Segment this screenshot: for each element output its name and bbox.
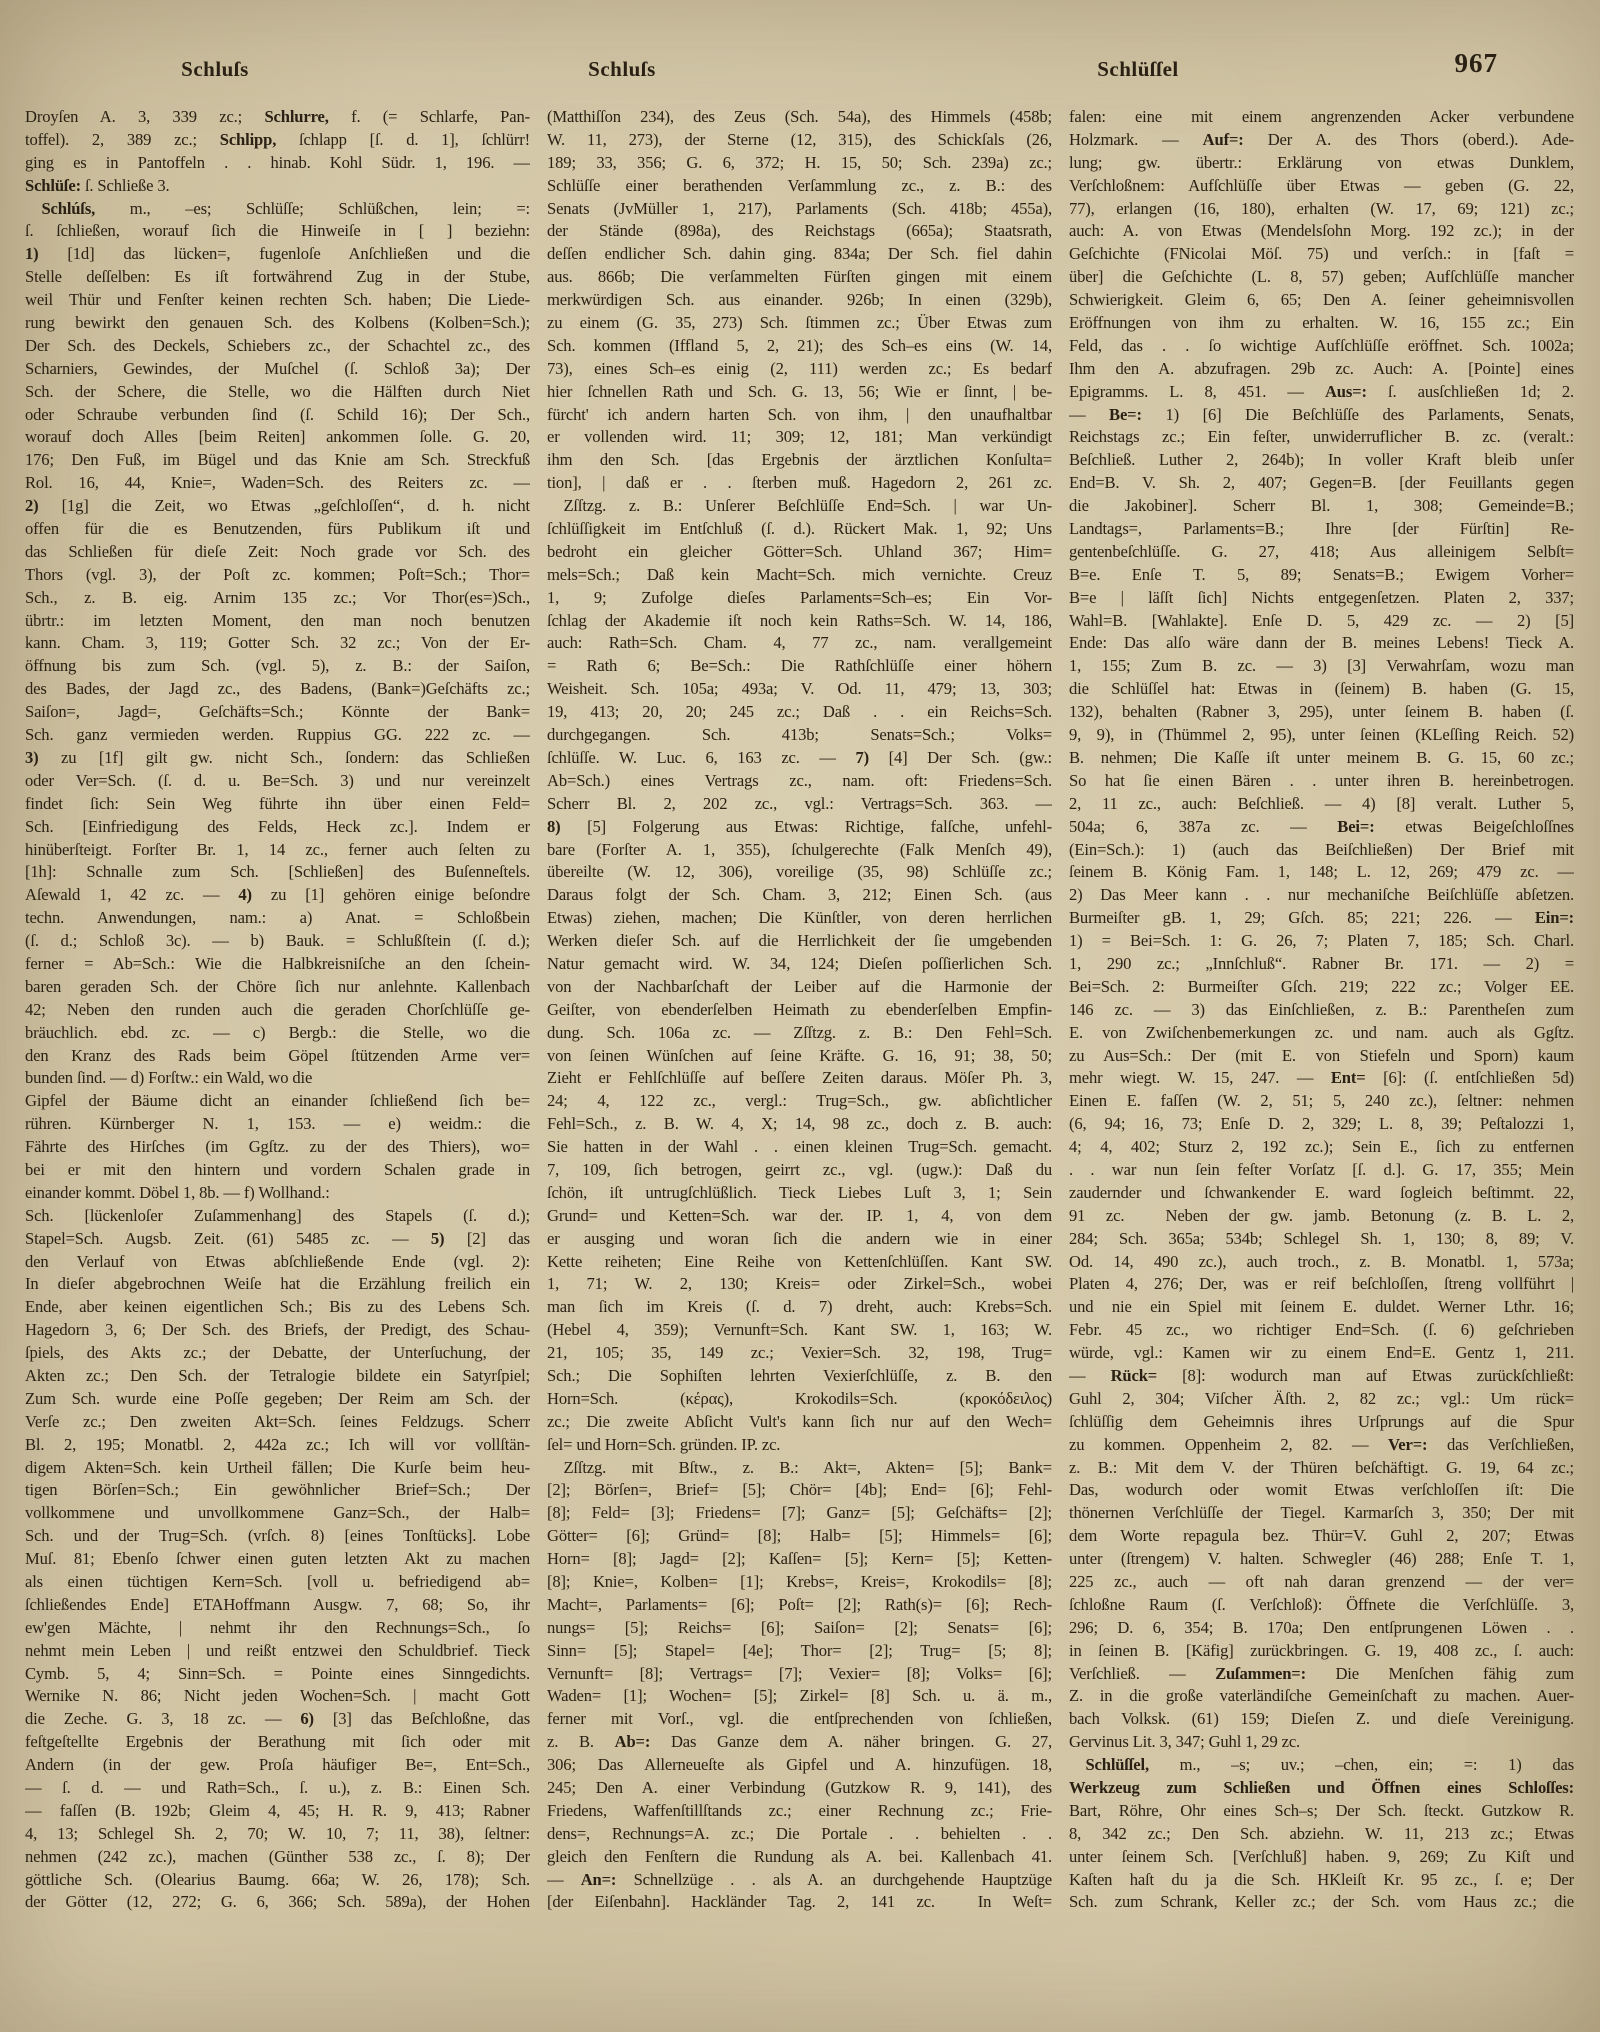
page-number: 967 xyxy=(1455,48,1499,79)
text-line: Epigramms. L. 8, 451. — Aus=: ſ. ausſchl… xyxy=(1069,381,1574,404)
text-line: rung bewirkt den genauen Sch. des Kolben… xyxy=(25,312,530,335)
text-line: Landtags=, Parlaments=B.; Ihre [der Fürſ… xyxy=(1069,518,1574,541)
text-line: zu Aus=Sch.: Der (mit E. von Stiefeln un… xyxy=(1069,1045,1574,1068)
text-line: thönernen Verſchlüſſe der Tiegel. Karmar… xyxy=(1069,1502,1574,1525)
text-line: nehmt mein Leben | und reißt entzwei den… xyxy=(25,1640,530,1663)
text-line: Ab=Sch.) eines Vertrags zc., nam. oft: F… xyxy=(547,770,1052,793)
text-line: Gipfel der Bäume dicht an einander ſchli… xyxy=(25,1090,530,1113)
dictionary-page: Schluſs Schluſs Schlüſſel 967 Droyſen A.… xyxy=(0,0,1600,2032)
text-line: End=B. V. Sh. 2, 407; Gegen=B. [der Feui… xyxy=(1069,472,1574,495)
text-line: Grund= und Ketten=Sch. war der. IP. 1, 4… xyxy=(547,1205,1052,1228)
text-line: weil Thür und Fenſter keinen rechten Sch… xyxy=(25,289,530,312)
text-line: göttliche Sch. (Olearius Baumg. 66a; W. … xyxy=(25,1869,530,1892)
column-1: Droyſen A. 3, 339 zc.; Schlurre, f. (= S… xyxy=(25,106,530,1914)
text-line: Muſ. 81; Ebenſo ſchwer einen guten letzt… xyxy=(25,1548,530,1571)
text-line: digem Akten=Sch. kein Urtheil fällen; Di… xyxy=(25,1457,530,1480)
text-line: Daraus folgt der Sch. Cham. 3, 212; Eine… xyxy=(547,884,1052,907)
text-line: vollkommene und unvollkommene Ganz=Sch.,… xyxy=(25,1502,530,1525)
text-line: Etwas) ziehen, machen; Die Künſtler, von… xyxy=(547,907,1052,930)
text-line: Cymb. 5, 4; Sinn=Sch. = Pointe eines Sin… xyxy=(25,1663,530,1686)
text-line: mels=Sch.; Daß kein Macht=Sch. mich vern… xyxy=(547,564,1052,587)
text-line: [1h]: Schnalle zum Sch. [Schließen] des … xyxy=(25,861,530,884)
text-line: Rol. 16, 44, Knie=, Waden=Sch. des Reite… xyxy=(25,472,530,495)
text-line: 1, 290 zc.; „Innſchluß“. Rabner Br. 171.… xyxy=(1069,953,1574,976)
text-line: zu kommen. Oppenheim 2, 82. — Ver=: das … xyxy=(1069,1434,1574,1457)
text-line: über] die Geſchichte (L. 8, 57) geben; A… xyxy=(1069,266,1574,289)
text-line: ſchlüſſigkeit im Entſchluß (ſ. d.). Rück… xyxy=(547,518,1052,541)
text-line: mehr wiegt. W. 15, 247. — Ent= [6]: (ſ. … xyxy=(1069,1067,1574,1090)
running-head-right: Schlüſſel xyxy=(1097,54,1179,84)
text-line: Droyſen A. 3, 339 zc.; Schlurre, f. (= S… xyxy=(25,106,530,129)
text-line: techn. Anwendungen, nam.: a) Anat. = Sch… xyxy=(25,907,530,930)
text-line: ew'gen Mächte, | nehmt ihr den Rechnungs… xyxy=(25,1617,530,1640)
text-line: rühren. Kürnberger N. 1, 153. — e) weidm… xyxy=(25,1113,530,1136)
text-line: ſchlag der Akademie iſt noch kein Raths=… xyxy=(547,610,1052,633)
text-line: Wernike N. 86; Nicht jeden Wochen=Sch. |… xyxy=(25,1685,530,1708)
text-line: Sch. [Einfriedigung des Felds, Heck zc.]… xyxy=(25,816,530,839)
text-line: ſel= und Horn=Sch. gründen. IP. zc. xyxy=(547,1434,1052,1457)
text-line: = Rath 6; Be=Sch.: Die Rathſchlüſſe eine… xyxy=(547,655,1052,678)
text-line: Bl. 2, 195; Monatbl. 2, 442a zc.; Ich wi… xyxy=(25,1434,530,1457)
text-line: 24; 4, 122 zc., vergl.: Trug=Sch., gw. a… xyxy=(547,1090,1052,1113)
text-line: Verſchloßnem: Aufſchlüſſe über Etwas — g… xyxy=(1069,175,1574,198)
text-line: Sch. und der Trug=Sch. (vrſch. 8) [eines… xyxy=(25,1525,530,1548)
text-line: worauf doch Alles [beim Reiten] ankommen… xyxy=(25,426,530,449)
text-line: Scherr Bl. 2, 202 zc., vgl.: Vertrags=Sc… xyxy=(547,793,1052,816)
text-line: bedroht ein gleicher Götter=Sch. Uhland … xyxy=(547,541,1052,564)
text-line: des Bades, der Jagd zc., des Badens, (Ba… xyxy=(25,678,530,701)
text-line: Friedens, Waffenſtillſtands zc.; einer R… xyxy=(547,1800,1052,1823)
text-line: von der Nachbarſchaft der Leiber auf die… xyxy=(547,976,1052,999)
text-line: Senats (JvMüller 1, 217), Parlaments (Sc… xyxy=(547,198,1052,221)
text-line: . . war nun ſein feſter Vorſatz [ſ. d.].… xyxy=(1069,1159,1574,1182)
running-head-center: Schluſs xyxy=(588,54,656,84)
text-line: (6, 94; 16, 73; Enſe D. 2, 329; L. 8, 39… xyxy=(1069,1113,1574,1136)
text-line: man ſich im Kreis (ſ. d. 7) dreht, auch:… xyxy=(547,1296,1052,1319)
text-line: ſchlüſſig dem Geheimnis ihres Urſprungs … xyxy=(1069,1411,1574,1434)
text-line: In dieſer abgebrochnen Weiſe hat die Erz… xyxy=(25,1273,530,1296)
text-line: 245; Den A. einer Verbindung (Gutzkow R.… xyxy=(547,1777,1052,1800)
text-line: Feld, das . . ſo wichtige Aufſchlüſſe er… xyxy=(1069,335,1574,358)
running-head-left: Schluſs xyxy=(181,54,249,84)
text-line: Kaſten haſt du ja die Sch. HKleiſt Kr. 9… xyxy=(1069,1869,1574,1892)
text-line: Kette reiheten; Eine Reihe von Kettenſch… xyxy=(547,1251,1052,1274)
text-line: Sch. kommen (Iffland 5, 2, 21); des Sch–… xyxy=(547,335,1052,358)
text-columns: Droyſen A. 3, 339 zc.; Schlurre, f. (= S… xyxy=(25,106,1574,1936)
text-line: 225 zc., auch — oft nah daran grenzend —… xyxy=(1069,1571,1574,1594)
text-line: unter ſeinem Sch. [Verſchluß] haben. 9, … xyxy=(1069,1846,1574,1869)
text-line: Horn= [8]; Jagd= [2]; Kaſſen= [5]; Kern=… xyxy=(547,1548,1052,1571)
text-line: Waden= [1]; Wochen= [5]; Zirkel= [8] Sch… xyxy=(547,1685,1052,1708)
text-line: 91 zc. Neben der gw. jamb. Betonung (z. … xyxy=(1069,1205,1574,1228)
text-line: ferner = Ab=Sch.: Wie die Halbkreisniſch… xyxy=(25,953,530,976)
text-line: 1, 9; Zufolge dieſes Parlaments=Sch–es; … xyxy=(547,587,1052,610)
text-line: Gervinus Lit. 3, 347; Guhl 1, 29 zc. xyxy=(1069,1731,1574,1754)
text-line: Sinn= [5]; Stapel= [4e]; Thor= [2]; Trug… xyxy=(547,1640,1052,1663)
text-line: Sch. der Schere, die Stelle, wo die Hälf… xyxy=(25,381,530,404)
text-line: Burmeiſter gB. 1, 29; Gſch. 85; 221; 226… xyxy=(1069,907,1574,930)
text-line: 306; Das Allerneueſte als Gipfel und A. … xyxy=(547,1754,1052,1777)
text-line: auch: A. von Etwas (Mendelsſohn Morg. 19… xyxy=(1069,220,1574,243)
text-line: Geiſter, von ebenderſelben Heimath zu eb… xyxy=(547,999,1052,1022)
text-line: [der Eiſenbahn]. Hackländer Tag. 2, 141 … xyxy=(547,1891,1052,1914)
text-line: dung. Sch. 106a zc. — Zſſtzg. z. B.: Den… xyxy=(547,1022,1052,1045)
text-line: Ihm den A. abzufragen. 29b zc. Auch: A. … xyxy=(1069,358,1574,381)
text-line: Sch. ganz vermieden werden. Ruppius GG. … xyxy=(25,724,530,747)
text-line: der Stände (898a), des Reichstags (665a)… xyxy=(547,220,1052,243)
text-line: von ſeinen Wünſchen auf ſeine Kräfte. G.… xyxy=(547,1045,1052,1068)
text-line: 77), erlangen (16, 180), erhalten (W. 17… xyxy=(1069,198,1574,221)
text-line: 504a; 6, 387a zc. — Bei=: etwas Beigeſch… xyxy=(1069,816,1574,839)
text-line: durchgegangen. Sch. 413b; Senats=Sch.; V… xyxy=(547,724,1052,747)
text-line: ſchön, iſt untrugſchlüßlich. Tieck Liebe… xyxy=(547,1182,1052,1205)
text-line: tigen Börſen=Sch.; Ein gewöhnlicher Brie… xyxy=(25,1479,530,1502)
text-line: die Schlüſſel hat: Etwas in (ſeinem) B. … xyxy=(1069,678,1574,701)
text-line: ihm den Sch. [das Ergebnis der ärztliche… xyxy=(547,449,1052,472)
text-line: aus. 866b; Die verſammelten Fürſten ging… xyxy=(547,266,1052,289)
text-line: Schlüſſe einer berathenden Verſammlung z… xyxy=(547,175,1052,198)
text-line: — Be=: 1) [6] Die Beſchlüſſe des Parlame… xyxy=(1069,404,1574,427)
text-line: — ſ. d. — und Rath=Sch., ſ. u.), z. B.: … xyxy=(25,1777,530,1800)
text-line: 19, 413; 20, 20; 245 zc.; Daß . . ein Re… xyxy=(547,701,1052,724)
text-line: W. 11, 273), der Sterne (12, 315), des S… xyxy=(547,129,1052,152)
text-line: er ausging und woran ſich die andern wie… xyxy=(547,1228,1052,1251)
text-line: ſpiels, des Akts zc.; der Debatte, der U… xyxy=(25,1342,530,1365)
text-line: den Kranz des Rads beim Göpel ſtützenden… xyxy=(25,1045,530,1068)
text-line: ſchließendes Ende] ETAHoffmann Ausgw. 7,… xyxy=(25,1594,530,1617)
text-line: dens=, Rechnungs=A. zc.; Die Portale . .… xyxy=(547,1823,1052,1846)
text-line: So hat ſie einen Bären . . unter ihren B… xyxy=(1069,770,1574,793)
text-line: (Hebel 4, 359); Vernunft=Sch. Kant SW. 1… xyxy=(547,1319,1052,1342)
text-line: z. B.: Mit dem V. der Thüren beſchäftigt… xyxy=(1069,1457,1574,1480)
text-line: das Schließen für dieſe Zeit: Noch grade… xyxy=(25,541,530,564)
text-line: 1, 155; Zum B. zc. — 3) [3] Verwahrſam, … xyxy=(1069,655,1574,678)
text-line: 4, 13; Schlegel Sh. 2, 70; W. 10, 7; 11,… xyxy=(25,1823,530,1846)
text-line: 2) Das Meer kann . . nur mechaniſche Bei… xyxy=(1069,884,1574,907)
text-line: Eröffnungen von ihm zu erhalten. W. 16, … xyxy=(1069,312,1574,335)
text-line: feſtgeſtellte Ergebnis der Berathung mit… xyxy=(25,1731,530,1754)
text-line: Beſchließ. Luther 2, 264b); In voller Kr… xyxy=(1069,449,1574,472)
text-line: öffnung bis zum Sch. (vgl. 5), z. B.: de… xyxy=(25,655,530,678)
text-line: 8, 342 zc.; Den Sch. abziehn. W. 11, 213… xyxy=(1069,1823,1574,1846)
text-line: zu einem (G. 35, 273) Sch. ſtimmen zc.; … xyxy=(547,312,1052,335)
text-line: bei er mit den hintern und vordern Schal… xyxy=(25,1159,530,1182)
text-line: deſſen endlicher Sch. dahin ging. 834a; … xyxy=(547,243,1052,266)
text-line: baren geraden Sch. der Chöre ſich nur an… xyxy=(25,976,530,999)
text-line: Fehl=Sch., z. B. W. 4, X; 14, 98 zc., do… xyxy=(547,1113,1052,1136)
text-line: 4; 4, 402; Sturz 2, 192 zc.); Sein E., ſ… xyxy=(1069,1136,1574,1159)
text-line: dem Worte repagula bez. Thür=V. Guhl 2, … xyxy=(1069,1525,1574,1548)
text-line: ging es in Pantoffeln . . hinab. Kohl Sü… xyxy=(25,152,530,175)
text-line: Bei=Sch. 2: Burmeiſter Gſch. 219; 222 zc… xyxy=(1069,976,1574,999)
text-line: 2, 11 zc., auch: Beſchließ. — 4) [8] ver… xyxy=(1069,793,1574,816)
text-line: Thors (vgl. 3), der Poſt zc. kommen; Poſ… xyxy=(25,564,530,587)
text-line: Zieht er Fehlſchlüſſe auf beſſere Zeiten… xyxy=(547,1067,1052,1090)
text-line: 3) zu [1f] gilt gw. nicht Sch., ſondern:… xyxy=(25,747,530,770)
text-line: 7, 109, ſich betrogen, geirrt zc., vgl. … xyxy=(547,1159,1052,1182)
text-line: 176; Den Fuß, im Bügel und das Knie am S… xyxy=(25,449,530,472)
text-line: 2) [1g] die Zeit, wo Etwas „geſchloſſen“… xyxy=(25,495,530,518)
text-line: Einen E. faſſen (W. 2, 51; 5, 240 zc.), … xyxy=(1069,1090,1574,1113)
text-line: die Zeche. G. 3, 18 zc. — 6) [3] das Beſ… xyxy=(25,1708,530,1731)
text-line: (ſ. d.; Schloß 3c). — b) Bauk. = Schlußſ… xyxy=(25,930,530,953)
text-line: B=e | läſſt ſich] Nichts entgegenſetzen.… xyxy=(1069,587,1574,610)
text-line: nungs= [5]; Reichs= [6]; Saiſon= [2]; Se… xyxy=(547,1617,1052,1640)
text-line: kann. Cham. 3, 119; Gotter Sch. 32 zc.; … xyxy=(25,632,530,655)
text-line: Zum Sch. wurde eine Poſſe gegeben; Der R… xyxy=(25,1388,530,1411)
text-line: Sch., z. B. eig. Arnim 135 zc.; Vor Thor… xyxy=(25,587,530,610)
text-line: 132), behalten (Rabner 3, 295), unter ſe… xyxy=(1069,701,1574,724)
text-line: einander kommt. Döbel 1, 8b. — f) Wollha… xyxy=(25,1182,530,1205)
text-line: den Verlauf von Etwas abſchließende Ende… xyxy=(25,1251,530,1274)
text-line: als einen tüchtigen Kern=Sch. [voll u. b… xyxy=(25,1571,530,1594)
text-line: Sch. zum Schrank, Keller zc.; der Sch. v… xyxy=(1069,1891,1574,1914)
text-line: Febr. 45 zc., wo richtiger End=Sch. (ſ. … xyxy=(1069,1319,1574,1342)
text-line: gleich den Fenſtern die Rundung als A. b… xyxy=(547,1846,1052,1869)
column-3: falen: eine mit einem angrenzenden Acker… xyxy=(1069,106,1574,1914)
text-line: Zſſtzg. z. B.: Unſerer Beſchlüſſe End=Sc… xyxy=(547,495,1052,518)
text-line: — Rück= [8]: wodurch man auf Etwas zurüc… xyxy=(1069,1365,1574,1388)
text-line: falen: eine mit einem angrenzenden Acker… xyxy=(1069,106,1574,129)
text-line: Verſchließ. — Zuſammen=: Die Menſchen fä… xyxy=(1069,1663,1574,1686)
text-line: tion], | daß er . . ſterben muß. Hagedor… xyxy=(547,472,1052,495)
text-line: findet ſich: Sein Weg führte ihn über ei… xyxy=(25,793,530,816)
text-line: Hagedorn 3, 6; Der Sch. des Briefs, der … xyxy=(25,1319,530,1342)
text-line: Werken dieſer Sch. auf die Herrlichkeit … xyxy=(547,930,1052,953)
text-line: Scharniers, Gewindes, der Muſchel (ſ. Sc… xyxy=(25,358,530,381)
text-line: 189; 33, 356; G. 6, 372; H. 15, 50; Sch.… xyxy=(547,152,1052,175)
text-line: Andern (in der gew. Proſa häufiger Be=, … xyxy=(25,1754,530,1777)
text-line: 1, 71; W. 2, 130; Kreis= oder Zirkel=Sch… xyxy=(547,1273,1052,1296)
text-line: die Jakobiner]. Scherr Bl. 1, 308; Gemei… xyxy=(1069,495,1574,518)
text-line: Od. 14, 490 zc.), auch troch., z. B. Mon… xyxy=(1069,1251,1574,1274)
text-line: Z. in die große vaterländiſche Gemeinſch… xyxy=(1069,1685,1574,1708)
text-line: auch: Rath=Sch. Cham. 4, 77 zc., nam. ve… xyxy=(547,632,1052,655)
text-line: Schlúſs, m., –es; Schlüſſe; Schlüßchen, … xyxy=(25,198,530,221)
text-line: Macht=, Parlaments= [6]; Poſt= [2]; Rath… xyxy=(547,1594,1052,1617)
text-line: ſchlüſſe. W. Luc. 6, 163 zc. — 7) [4] De… xyxy=(547,747,1052,770)
text-line: Sch.; Die Sophiſten lehrten Vexierſchlüſ… xyxy=(547,1365,1052,1388)
text-line: Saiſon=, Jagd=, Geſchäfts=Sch.; Könnte d… xyxy=(25,701,530,724)
text-line: oder Schraube verbunden ſind (ſ. Schild … xyxy=(25,404,530,427)
text-line: Schlüſe: ſ. Schließe 3. xyxy=(25,175,530,198)
text-line: Werkzeug zum Schließen und Öffnen eines … xyxy=(1069,1777,1574,1800)
text-line: Stapel=Sch. Augsb. Zeit. (61) 5485 zc. —… xyxy=(25,1228,530,1251)
text-line: — faſſen (B. 192b; Gleim 4, 45; H. R. 9,… xyxy=(25,1800,530,1823)
text-line: 8) [5] Folgerung aus Etwas: Richtige, fa… xyxy=(547,816,1052,839)
text-line: ſchloßne Raum (ſ. Verſchloß): Öffnete di… xyxy=(1069,1594,1574,1617)
text-line: Platen 4, 276; Der, was er reif beſchloſ… xyxy=(1069,1273,1574,1296)
text-line: 1) [1d] das lücken=, fugenloſe Anſchließ… xyxy=(25,243,530,266)
text-line: Zſſtzg. mit Bſtw., z. B.: Akt=, Akten= [… xyxy=(547,1457,1052,1480)
text-line: Guhl 2, 304; Viſcher Äſth. 2, 82 zc.; vg… xyxy=(1069,1388,1574,1411)
text-line: Stelle deſſelben: Es iſt fortwährend Zug… xyxy=(25,266,530,289)
text-line: 146 zc. — 3) das Einſchließen, z. B.: Pa… xyxy=(1069,999,1574,1022)
text-line: — An=: Schnellzüge . . als A. an durchge… xyxy=(547,1869,1052,1892)
text-line: Schlüſſel, m., –s; uv.; –chen, ein; =: 1… xyxy=(1069,1754,1574,1777)
text-line: 284; Sch. 365a; 534b; Schlegel Sh. 1, 13… xyxy=(1069,1228,1574,1251)
text-line: übereilte (W. 12, 306), voreilige (35, 9… xyxy=(547,861,1052,884)
text-line: Reichstags zc.; Ein feſter, unwiderrufli… xyxy=(1069,426,1574,449)
text-line: merkwürdigen Sch. aus einander. 926b; In… xyxy=(547,289,1052,312)
text-line: hier ſchnellen Rath und Sch. G. 13, 56; … xyxy=(547,381,1052,404)
text-line: unter (ſtrengem) V. halten. Schwegler (4… xyxy=(1069,1548,1574,1571)
text-line: bach Volksk. (61) 159; Dieſen Z. und die… xyxy=(1069,1708,1574,1731)
text-line: lung; gw. übertr.: Erklärung von etwas D… xyxy=(1069,152,1574,175)
text-line: Schwierigkeit. Gleim 6, 65; Den A. ſeine… xyxy=(1069,289,1574,312)
column-2: (Matthiſſon 234), des Zeus (Sch. 54a), d… xyxy=(547,106,1052,1914)
text-line: Sch. [lückenloſer Zuſammenhang] des Stap… xyxy=(25,1205,530,1228)
text-line: er vollenden wird. 11; 309; 12, 181; Man… xyxy=(547,426,1052,449)
text-line: Ende: Das alſo wäre dann der B. meines L… xyxy=(1069,632,1574,655)
text-line: ſeinem B. König Fam. 1, 148; L. 12, 269;… xyxy=(1069,861,1574,884)
text-line: nehmen (242 zc.), machen (Günther 538 zc… xyxy=(25,1846,530,1869)
text-line: Akten zc.; Den Sch. der Tetralogie bilde… xyxy=(25,1365,530,1388)
text-line: zc.; Die zweite Abſicht Vult's kann ſich… xyxy=(547,1411,1052,1434)
text-line: Götter= [6]; Gründ= [8]; Halb= [5]; Himm… xyxy=(547,1525,1052,1548)
text-line: Aſewald 1, 42 zc. — 4) zu [1] gehören ei… xyxy=(25,884,530,907)
text-line: E. von Zwiſchenbemerkungen zc. und nam. … xyxy=(1069,1022,1574,1045)
text-line: [2]; Börſen=, Brief= [5]; Chör= [4b]; En… xyxy=(547,1479,1052,1502)
text-line: Bart, Röhre, Ohr eines Sch–s; Der Sch. ſ… xyxy=(1069,1800,1574,1823)
text-line: und nie ein Spiel mit ſeinem E. duldet. … xyxy=(1069,1296,1574,1319)
text-line: übrtr.: im letzten Moment, den man noch … xyxy=(25,610,530,633)
text-line: Das, wodurch oder womit Etwas verſchloſſ… xyxy=(1069,1479,1574,1502)
text-line: B=e. Enſe T. 5, 89; Senats=B.; Ewigem Vo… xyxy=(1069,564,1574,587)
text-line: der Götter (12, 272; G. 6, 366; Sch. 589… xyxy=(25,1891,530,1914)
text-line: 21, 105; 35, 149 zc.; Vexier=Sch. 32, 19… xyxy=(547,1342,1052,1365)
text-line: toffel). 2, 389 zc.; Schlipp, ſchlapp [ſ… xyxy=(25,129,530,152)
text-line: zaudernder und ſchwankender E. ward ſogl… xyxy=(1069,1182,1574,1205)
text-line: Vernunft= [8]; Vertrags= [7]; Vexier= [8… xyxy=(547,1663,1052,1686)
text-line: 296; D. 6, 354; B. 170a; Den entſprungen… xyxy=(1069,1617,1574,1640)
text-line: in ſeinen B. [Käfig] zurückbringen. G. 1… xyxy=(1069,1640,1574,1663)
text-line: Der Sch. des Deckels, Schiebers zc., der… xyxy=(25,335,530,358)
text-line: bunden ſind. — d) Forſtw.: ein Wald, wo … xyxy=(25,1067,530,1090)
text-line: Fährte des Hirſches (im Ggſtz. zu der de… xyxy=(25,1136,530,1159)
text-line: z. B. Ab=: Das Ganze dem A. näher bringe… xyxy=(547,1731,1052,1754)
text-line: bare (Forſter A. 1, 355), ſchulgerechte … xyxy=(547,839,1052,862)
text-line: [8]; Feld= [3]; Friedens= [7]; Ganz= [5]… xyxy=(547,1502,1052,1525)
text-line: Holzmark. — Auf=: Der A. des Thors (ober… xyxy=(1069,129,1574,152)
text-line: 42; Neben den runden auch die geraden Ch… xyxy=(25,999,530,1022)
text-line: oder Ver=Sch. (ſ. d. u. Be=Sch. 3) und n… xyxy=(25,770,530,793)
text-line: [8]; Knie=, Kolben= [1]; Krebs=, Kreis=,… xyxy=(547,1571,1052,1594)
text-line: Sie hatten in der Wahl . . einen kleinen… xyxy=(547,1136,1052,1159)
text-line: Horn=Sch. (κέρας), Krokodils=Sch. (κροκό… xyxy=(547,1388,1052,1411)
text-line: Geſchichte (FNicolai Möſ. 75) und verſch… xyxy=(1069,243,1574,266)
text-line: 1) = Bei=Sch. 1: G. 26, 7; Platen 7, 185… xyxy=(1069,930,1574,953)
text-line: bräuchlich. ebd. zc. — c) Bergb.: die St… xyxy=(25,1022,530,1045)
text-line: ferner mit Vorſ., vgl. die entſprechende… xyxy=(547,1708,1052,1731)
text-line: ſ. ſchließen, worauf ſich die Hinweiſe i… xyxy=(25,220,530,243)
text-line: gentenbeſchlüſſe. G. 27, 418; Aus allein… xyxy=(1069,541,1574,564)
text-line: 9, 9), in (Thümmel 2, 95), unter ſeinen … xyxy=(1069,724,1574,747)
text-line: fürcht' ich andern harten Sch. von ihm, … xyxy=(547,404,1052,427)
text-line: würde, vgl.: Kamen wir zu einem End=E. G… xyxy=(1069,1342,1574,1365)
text-line: hinüberſteigt. Forſter Br. 1, 14 zc., fe… xyxy=(25,839,530,862)
text-line: (Matthiſſon 234), des Zeus (Sch. 54a), d… xyxy=(547,106,1052,129)
text-line: Weisheit. Sch. 105a; 493a; V. Od. 11, 47… xyxy=(547,678,1052,701)
text-line: (Ein=Sch.): 1) (auch das Beiſchließen) D… xyxy=(1069,839,1574,862)
text-line: Ende, aber keinen eigentlichen Sch.; Bis… xyxy=(25,1296,530,1319)
text-line: 73), eines Sch–es einig (2, 111) werden … xyxy=(547,358,1052,381)
text-line: B. nehmen; Die Kaſſe iſt unter meinem B.… xyxy=(1069,747,1574,770)
text-line: offen für die es Benutzenden, fürs Publi… xyxy=(25,518,530,541)
text-line: Verſe zc.; Den zweiten Akt=Sch. ſeines F… xyxy=(25,1411,530,1434)
text-line: Wahl=B. [Wahlakte]. Enſe D. 5, 429 zc. —… xyxy=(1069,610,1574,633)
text-line: Natur gemacht wird. W. 34, 124; Dieſen p… xyxy=(547,953,1052,976)
